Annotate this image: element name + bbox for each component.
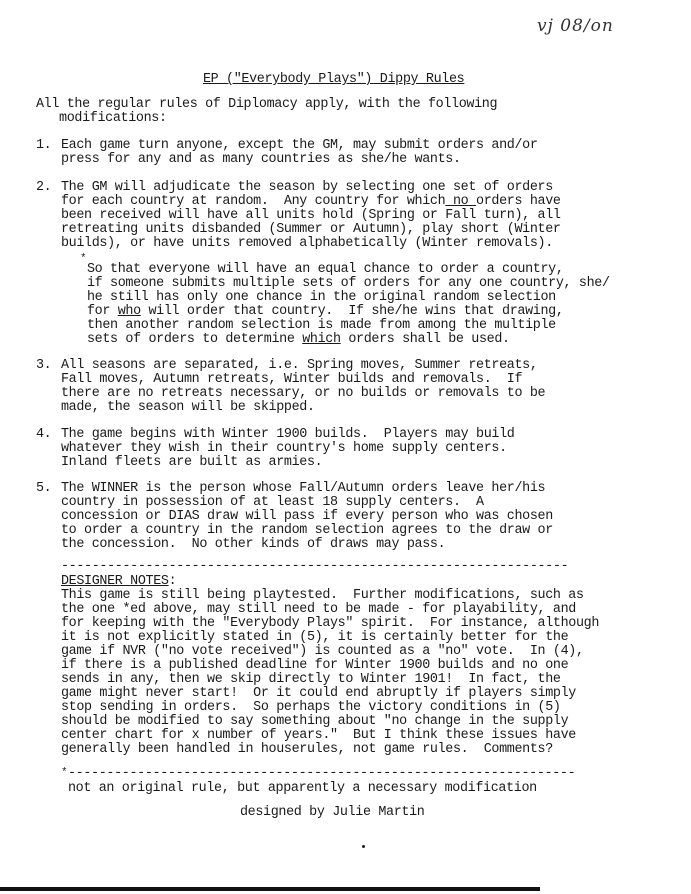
credit-line: designed by Julie Martin	[240, 806, 424, 820]
bottom-rule	[0, 887, 540, 891]
emphasized-word: no	[445, 194, 476, 209]
rule-line: Each game turn anyone, except the GM, ma…	[61, 139, 538, 153]
notes-line: if there is a published deadline for Win…	[61, 659, 568, 673]
notes-line: should be modified to say something abou…	[61, 715, 568, 729]
rule-line: to order a country in the random selecti…	[61, 524, 553, 538]
notes-line: This game is still being playtested. Fur…	[61, 589, 584, 603]
notes-line: generally been handled in houserules, no…	[61, 743, 553, 757]
note-line: sets of orders to determine which orders…	[87, 333, 510, 347]
note-line: So that everyone will have an equal chan…	[87, 263, 564, 277]
rule-line: been received will have all units hold (…	[61, 209, 561, 223]
rule-line: country in possession of at least 18 sup…	[61, 496, 484, 510]
intro-line: modifications:	[36, 112, 167, 126]
rule-line: for each country at random. Any country …	[61, 195, 561, 209]
notes-line: center chart for x number of years." But…	[61, 729, 576, 743]
rule-number: 1.	[36, 139, 51, 153]
rule-line: All seasons are separated, i.e. Spring m…	[61, 359, 538, 373]
footnote-text: not an original rule, but apparently a n…	[68, 782, 537, 796]
document-page: vj 08/on EP ("Everybody Plays") Dippy Ru…	[0, 0, 691, 894]
rule-line: the concession. No other kinds of draws …	[61, 538, 445, 552]
document-title: EP ("Everybody Plays") Dippy Rules	[203, 73, 464, 87]
rule-line: The GM will adjudicate the season by sel…	[61, 181, 553, 195]
rule-number: 3.	[36, 359, 51, 373]
rule-line: builds), or have units removed alphabeti…	[61, 237, 553, 251]
intro-line: All the regular rules of Diplomacy apply…	[36, 98, 497, 112]
notes-line: the one *ed above, may still need to be …	[61, 603, 576, 617]
emphasized-word: which	[302, 332, 340, 347]
note-line: for who will order that country. If she/…	[87, 305, 564, 319]
notes-line: game might never start! Or it could end …	[61, 687, 576, 701]
rule-number: 2.	[36, 181, 51, 195]
rule-line: press for any and as many countries as s…	[61, 153, 461, 167]
note-line: if someone submits multiple sets of orde…	[87, 277, 610, 291]
rule-number: 5.	[36, 482, 51, 496]
rule-line: there are no retreats necessary, or no b…	[61, 387, 545, 401]
speck-mark	[362, 845, 365, 848]
rule-line: retreating units disbanded (Summer or Au…	[61, 223, 561, 237]
handwritten-note: vj 08/on	[537, 16, 614, 36]
notes-line: sends in any, then we skip directly to W…	[61, 673, 561, 687]
notes-line: stop sending in orders. So perhaps the v…	[61, 701, 561, 715]
notes-line: for keeping with the "Everybody Plays" s…	[61, 617, 599, 631]
separator-line: ----------------------------------------…	[61, 560, 613, 573]
designer-notes-heading: DESIGNER NOTES:	[61, 575, 176, 589]
rule-number: 4.	[36, 428, 51, 442]
rule-line: Inland fleets are built as armies.	[61, 456, 322, 470]
rule-line: The game begins with Winter 1900 builds.…	[61, 428, 514, 442]
footnote-asterisk: *	[61, 768, 68, 779]
rule-line: made, the season will be skipped.	[61, 401, 315, 415]
emphasized-word: who	[118, 304, 141, 319]
notes-line: game if NVR ("no vote received") is coun…	[61, 645, 584, 659]
rule-line: Fall moves, Autumn retreats, Winter buil…	[61, 373, 522, 387]
note-line: then another random selection is made fr…	[87, 319, 556, 333]
designer-notes-heading-text: DESIGNER NOTES	[61, 574, 169, 589]
rule-line: The WINNER is the person whose Fall/Autu…	[61, 482, 545, 496]
heading-colon: :	[169, 574, 177, 589]
footnote-separator: ----------------------------------------…	[68, 767, 613, 780]
asterisk-marker: *	[80, 254, 87, 265]
note-line: he still has only one chance in the orig…	[87, 291, 556, 305]
notes-line: it is not explicitly stated in (5), it i…	[61, 631, 568, 645]
rule-line: whatever they wish in their country's ho…	[61, 442, 507, 456]
rule-line: concession or DIAS draw will pass if eve…	[61, 510, 553, 524]
